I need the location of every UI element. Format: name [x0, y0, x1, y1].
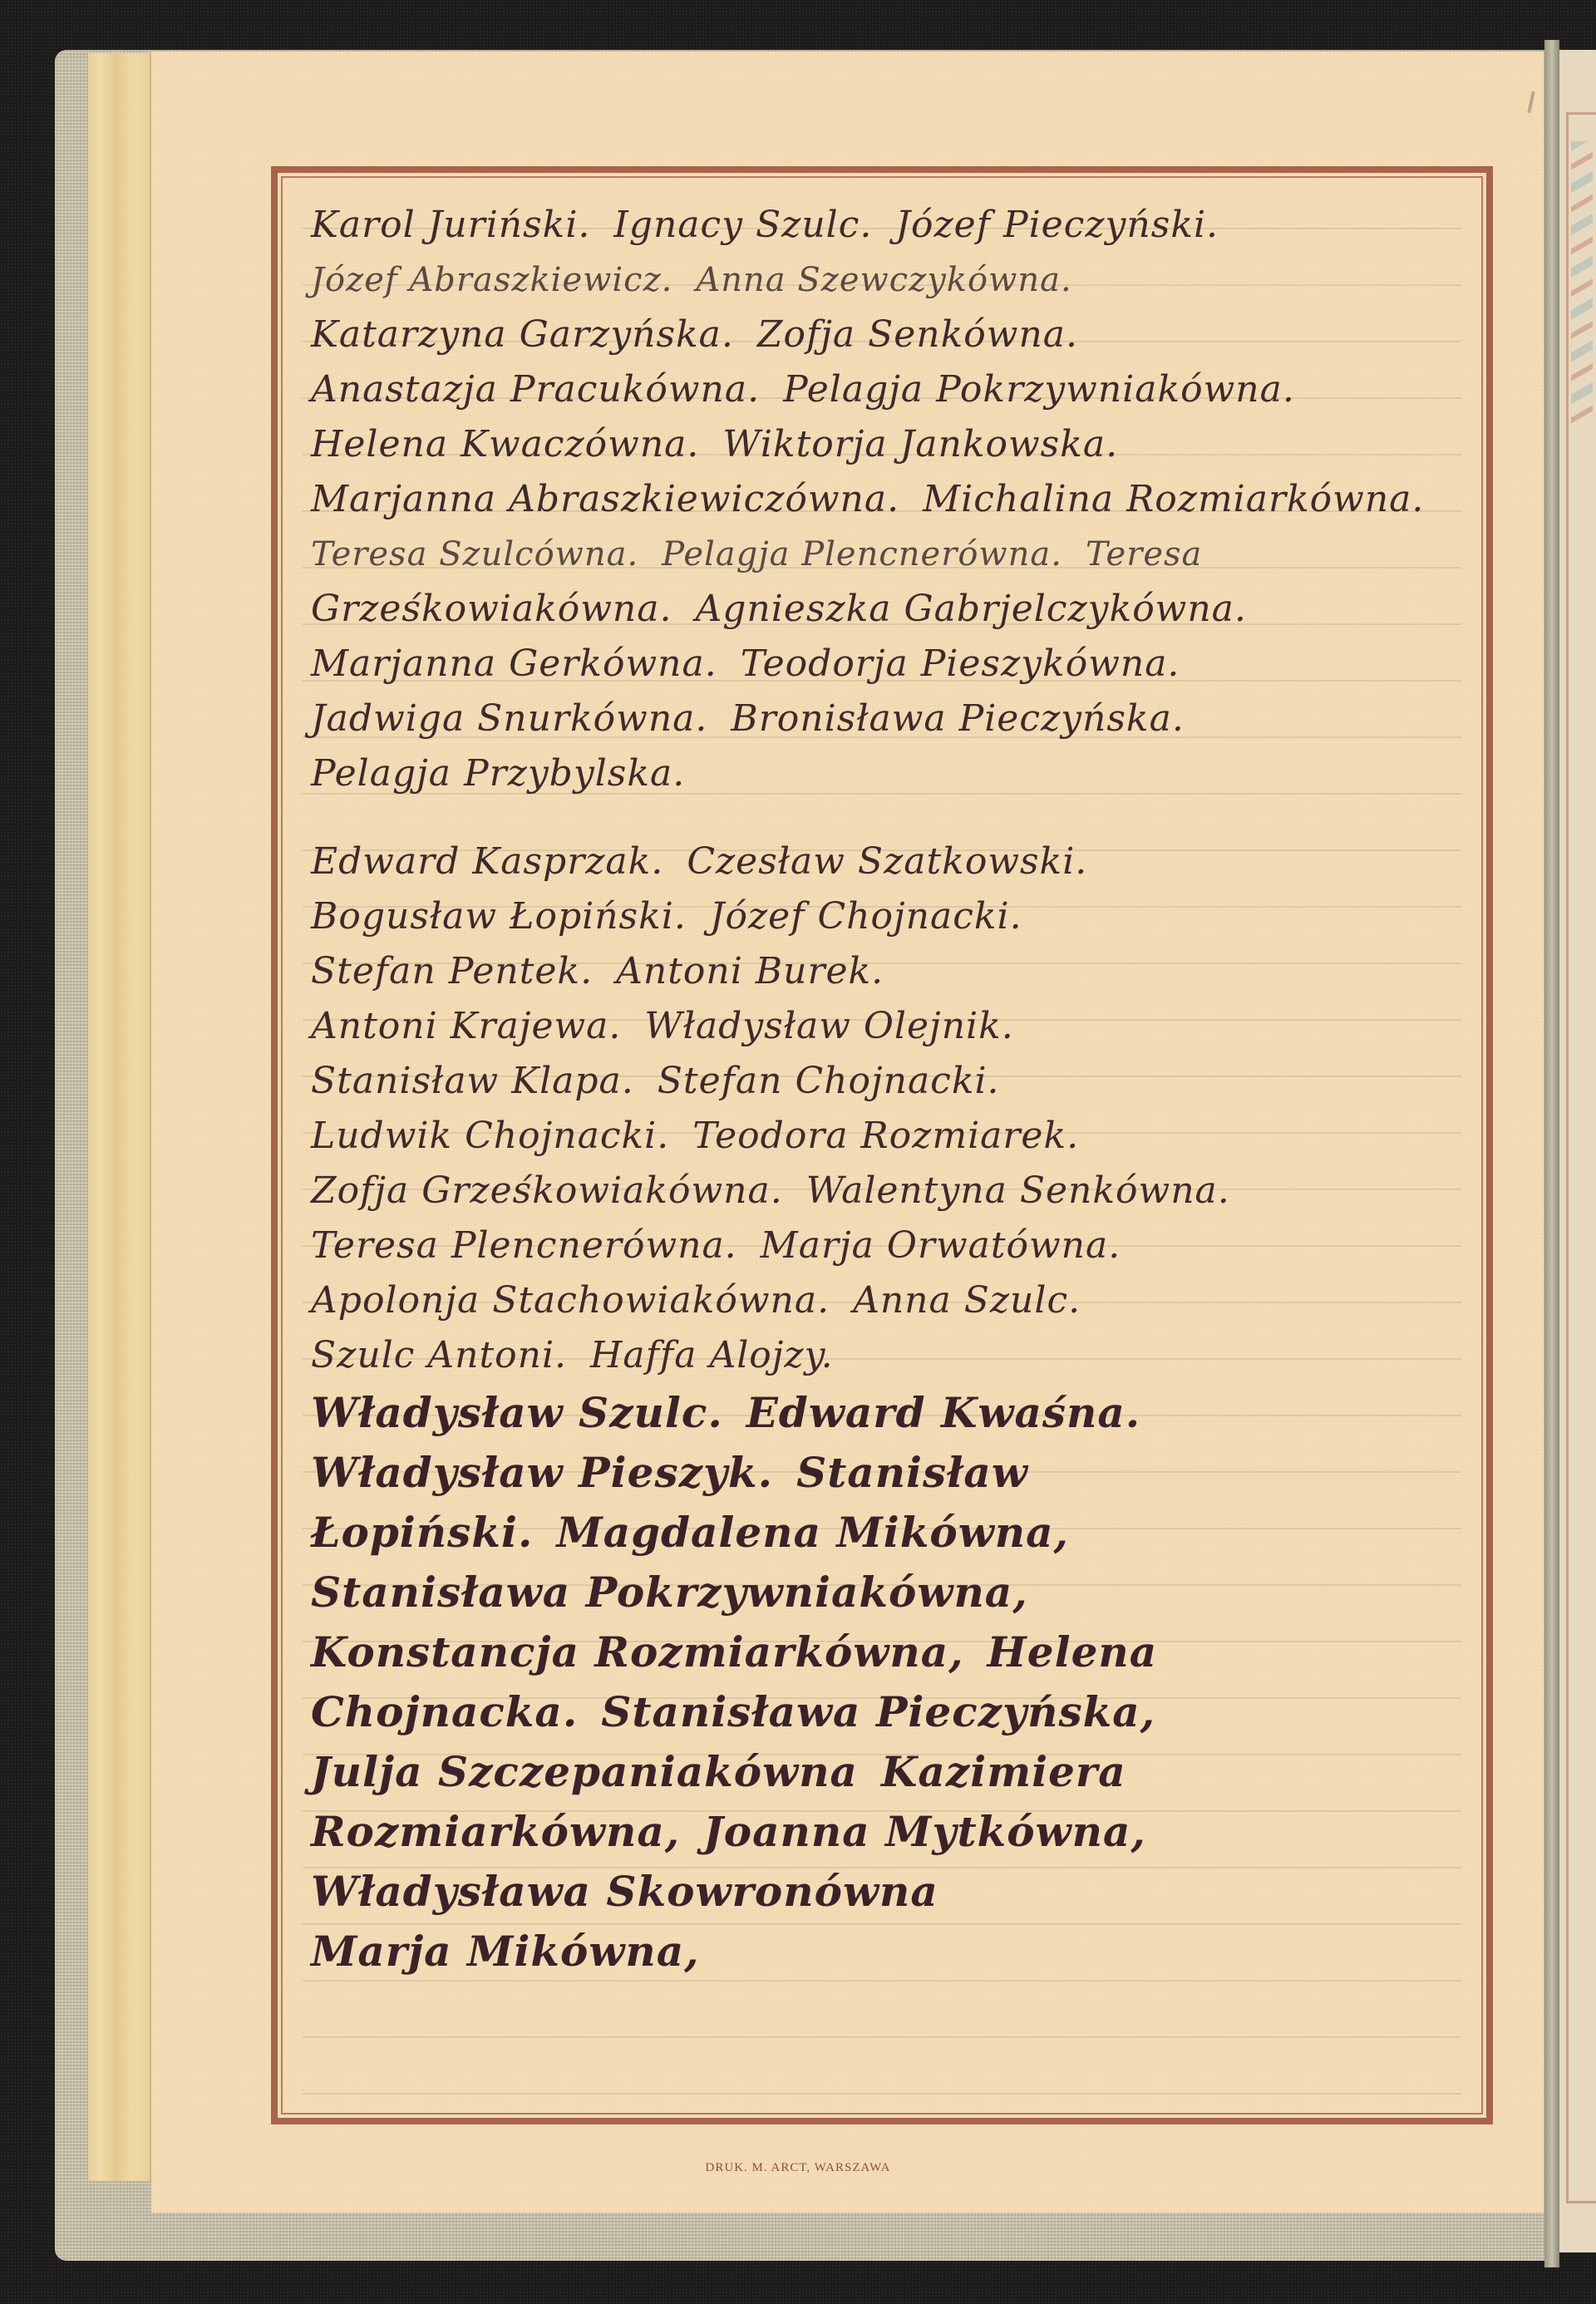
signature-name: Teresa Plencnerówna. [311, 1224, 737, 1267]
signature-name: Anna Szulc. [853, 1279, 1081, 1322]
signature-name: Józef Chojnacki. [710, 895, 1022, 938]
signature-name: Apolonja Stachowiakówna. [311, 1279, 830, 1322]
signature-line: Rozmiarkówna,Joanna Mytkówna, [311, 1802, 1470, 1862]
signature-line: Szulc Antoni.Haffa Alojzy. [311, 1328, 1470, 1383]
signature-name: Magdalena Mikówna, [556, 1508, 1069, 1557]
signature-name: Joanna Mytkówna, [703, 1807, 1146, 1856]
printer-imprint: DRUK. M. ARCT, WARSZAWA [0, 2161, 1596, 2175]
signature-name: Edward Kasprzak. [311, 840, 663, 883]
signature-name: Pelagja Pokrzywniakówna. [783, 368, 1295, 411]
signature-line: Konstancja Rozmiarkówna,Helena [311, 1622, 1470, 1682]
signature-name: Łopiński. [311, 1508, 533, 1557]
signature-name: Szulc Antoni. [311, 1334, 567, 1376]
signature-name: Grześkowiakówna. [311, 588, 672, 630]
signature-name: Stanisław Klapa. [311, 1060, 634, 1102]
signature-line: Marja Mikówna, [311, 1922, 1470, 1982]
signature-name: Jadwiga Snurkówna. [311, 697, 707, 740]
signature-name: Teresa Szulcówna. [311, 535, 638, 574]
signature-name: Józef Pieczyński. [895, 204, 1219, 246]
adjacent-page-frame [1566, 112, 1596, 2203]
signature-line: Helena Kwaczówna.Wiktorja Jankowska. [311, 417, 1470, 472]
signature-name: Marja Mikówna, [311, 1927, 700, 1976]
signature-line: Anastazja Pracukówna.Pelagja Pokrzywniak… [311, 362, 1470, 417]
signature-line: Władysław Pieszyk.Stanisław [311, 1443, 1470, 1503]
signature-name: Julja Szczepaniakówna [311, 1747, 858, 1796]
signature-line: Teresa Szulcówna.Pelagja Plencnerówna.Te… [311, 527, 1470, 582]
signature-line: Bogusław Łopiński.Józef Chojnacki. [311, 889, 1470, 944]
signature-name: Agnieszka Gabrjelczykówna. [695, 588, 1246, 630]
signature-name: Stefan Pentek. [311, 950, 593, 992]
signature-name: Chojnacka. [311, 1687, 578, 1736]
signature-name: Antoni Burek. [616, 950, 884, 992]
signature-name: Czesław Szatkowski. [687, 840, 1087, 883]
signature-line: Władysław Szulc.Edward Kwaśna. [311, 1383, 1470, 1443]
signature-name: Stanisława Pieczyńska, [601, 1687, 1155, 1736]
signature-line: Apolonja Stachowiakówna.Anna Szulc. [311, 1273, 1470, 1328]
signature-list: Karol Juriński.Ignacy Szulc.Józef Pieczy… [311, 198, 1470, 1982]
signature-name: Anastazja Pracukówna. [311, 368, 760, 411]
signature-name: Antoni Krajewa. [311, 1005, 621, 1047]
signature-line: Teresa Plencnerówna.Marja Orwatówna. [311, 1218, 1470, 1273]
signature-name: Marja Orwatówna. [761, 1224, 1121, 1267]
signature-name: Anna Szewczykówna. [696, 261, 1071, 299]
signature-line: Józef Abraszkiewicz.Anna Szewczykówna. [311, 253, 1470, 308]
signature-name: Teodora Rozmiarek. [692, 1115, 1079, 1157]
signature-line: Pelagja Przybylska. [311, 746, 1470, 801]
signature-name: Wiktorja Jankowska. [722, 423, 1118, 465]
adjacent-page-edge [1559, 50, 1596, 2252]
signature-name: Katarzyna Garzyńska. [311, 313, 734, 356]
signature-name: Pelagja Przybylska. [311, 752, 685, 795]
signature-name: Haffa Alojzy. [590, 1334, 834, 1376]
signature-name: Władysława Skowronówna [311, 1867, 938, 1916]
signature-name: Michalina Rozmiarkówna. [923, 478, 1424, 520]
signature-name: Marjanna Gerkówna. [311, 642, 717, 685]
signature-name: Walentyna Senkówna. [806, 1169, 1230, 1212]
signature-line: Julja SzczepaniakównaKazimiera [311, 1742, 1470, 1802]
signature-name: Stefan Chojnacki. [658, 1060, 1000, 1102]
signature-name: Ignacy Szulc. [613, 204, 872, 246]
signature-name: Zofja Grześkowiakówna. [311, 1169, 783, 1212]
signature-line: Stanisław Klapa.Stefan Chojnacki. [311, 1054, 1470, 1109]
signature-line: Łopiński.Magdalena Mikówna, [311, 1503, 1470, 1563]
signature-name: Stanisław [796, 1448, 1028, 1497]
signature-name: Helena Kwaczówna. [311, 423, 699, 465]
book-gutter [1544, 40, 1559, 2267]
signature-name: Bronisława Pieczyńska. [731, 697, 1184, 740]
signature-name: Karol Juriński. [311, 204, 590, 246]
signature-line: Zofja Grześkowiakówna.Walentyna Senkówna… [311, 1164, 1470, 1218]
signature-line: Grześkowiakówna.Agnieszka Gabrjelczykówn… [311, 582, 1470, 637]
page-edges [88, 53, 151, 2181]
signature-line: Marjanna Gerkówna.Teodorja Pieszykówna. [311, 637, 1470, 692]
signature-name: Władysław Olejnik. [644, 1005, 1013, 1047]
signature-line: Edward Kasprzak.Czesław Szatkowski. [311, 834, 1470, 889]
signature-name: Władysław Szulc. [311, 1388, 723, 1437]
signature-line: Antoni Krajewa.Władysław Olejnik. [311, 999, 1470, 1054]
signature-name: Marjanna Abraszkiewiczówna. [311, 478, 899, 520]
signature-line: Władysława Skowronówna [311, 1862, 1470, 1922]
signature-name: Pelagja Plencnerówna. [662, 535, 1062, 574]
signature-name: Bogusław Łopiński. [311, 895, 687, 938]
signature-line: Stanisława Pokrzywniakówna, [311, 1563, 1470, 1622]
signature-line: Stefan Pentek.Antoni Burek. [311, 944, 1470, 999]
signature-name: Władysław Pieszyk. [311, 1448, 773, 1497]
signature-name: Edward Kwaśna. [746, 1388, 1140, 1437]
adjacent-page-ornament [1571, 141, 1593, 424]
signature-name: Józef Abraszkiewicz. [311, 261, 672, 299]
decorative-frame: Karol Juriński.Ignacy Szulc.Józef Pieczy… [271, 166, 1493, 2124]
signature-name: Zofja Senkówna. [757, 313, 1078, 356]
signature-line: Marjanna Abraszkiewiczówna.Michalina Roz… [311, 472, 1470, 527]
signature-line: Jadwiga Snurkówna.Bronisława Pieczyńska. [311, 692, 1470, 746]
signature-name: Konstancja Rozmiarkówna, [311, 1627, 964, 1676]
signature-line: Karol Juriński.Ignacy Szulc.Józef Pieczy… [311, 198, 1470, 253]
signature-name: Ludwik Chojnacki. [311, 1115, 669, 1157]
signature-name: Teodorja Pieszykówna. [741, 642, 1180, 685]
signature-name: Helena [988, 1627, 1158, 1676]
signature-name: Teresa [1086, 535, 1202, 574]
signature-line: Katarzyna Garzyńska.Zofja Senkówna. [311, 308, 1470, 362]
signature-name: Stanisława Pokrzywniakówna, [311, 1568, 1028, 1617]
signature-name: Kazimiera [881, 1747, 1126, 1796]
signature-line: Chojnacka.Stanisława Pieczyńska, [311, 1682, 1470, 1742]
signature-line: Ludwik Chojnacki.Teodora Rozmiarek. [311, 1109, 1470, 1164]
signature-name: Rozmiarkówna, [311, 1807, 680, 1856]
